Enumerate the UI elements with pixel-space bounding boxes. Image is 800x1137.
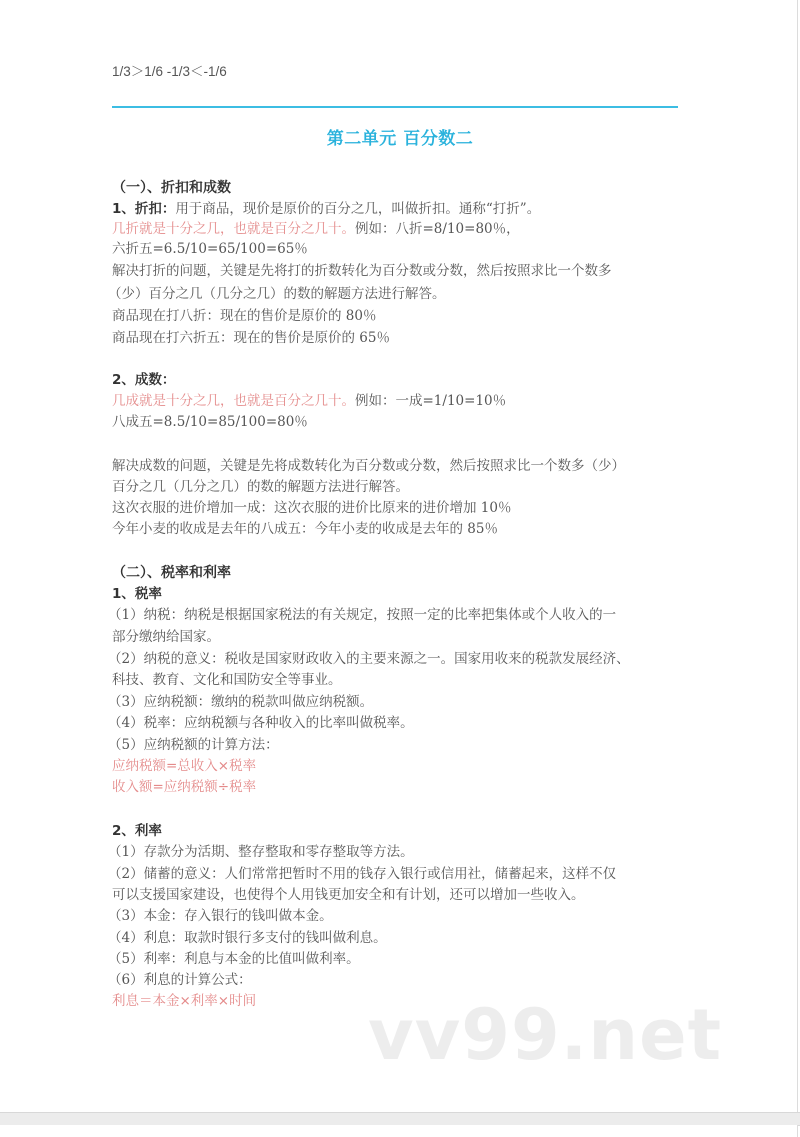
interest-item: （2）储蓄的意义：人们常常把暂时不用的钱存入银行或信用社，储蓄起来，这样不仅 (108, 864, 616, 884)
chengshu-label: 2、成数： (112, 370, 175, 390)
tax-label: 1、税率 (112, 584, 162, 604)
tax-item: （1）纳税：纳税是根据国家税法的有关规定，按照一定的比率把集体或个人收入的一 (108, 605, 616, 625)
discount-method-1: 解决打折的问题，关键是先将打的折数转化为百分数或分数，然后按照求比一个数多 (112, 261, 612, 281)
discount-definition: 1、折扣：用于商品，现价是原价的百分之几，叫做折扣。通称“打折”。 (112, 199, 540, 219)
tax-formula-2: 收入额=应纳税额÷税率 (112, 777, 256, 797)
discount-case-1: 商品现在打八折：现在的售价是原价的 80％ (112, 306, 376, 326)
chengshu-method-2: 百分之几（几分之几）的数的解题方法进行解答。 (112, 477, 409, 497)
fraction-comparison: 1/3＞1/6 -1/3＜-1/6 (112, 62, 227, 82)
tax-item: （2）纳税的意义：税收是国家财政收入的主要来源之一。国家用收来的税款发展经济、 (108, 649, 630, 669)
interest-item: （3）本金：存入银行的钱叫做本金。 (108, 906, 333, 926)
section1-heading: （一）、折扣和成数 (112, 178, 231, 198)
chengshu-case-1: 这次衣服的进价增加一成：这次衣服的进价比原来的进价增加 10％ (112, 498, 511, 518)
chengshu-example-a: 例如：一成=1/10=10％ (355, 393, 506, 409)
tax-formula-1: 应纳税额=总收入×税率 (112, 756, 256, 776)
discount-case-2: 商品现在打六折五：现在的售价是原价的 65％ (112, 328, 390, 348)
chengshu-rule: 几成就是十分之几，也就是百分之几十。例如：一成=1/10=10％ (112, 391, 506, 411)
tax-item: 科技、教育、文化和国防安全等事业。 (112, 670, 342, 690)
section2-heading: （二）、税率和利率 (112, 563, 231, 583)
interest-item: （4）利息：取款时银行多支付的钱叫做利息。 (108, 928, 387, 948)
tax-item: （5）应纳税额的计算方法： (108, 735, 279, 755)
discount-def-text: 用于商品，现价是原价的百分之几，叫做折扣。通称“打折”。 (175, 201, 540, 217)
watermark: vv99.net (368, 995, 722, 1075)
tax-item: （3）应纳税额：缴纳的税款叫做应纳税额。 (108, 692, 373, 712)
next-page (0, 1125, 798, 1137)
discount-example-a: 例如：八折=8/10=80％， (355, 221, 520, 237)
discount-method-2: （少）百分之几（几分之几）的数的解题方法进行解答。 (108, 284, 446, 304)
title-divider (112, 106, 678, 108)
interest-item: （5）利率：利息与本金的比值叫做利率。 (108, 949, 360, 969)
interest-item: （6）利息的计算公式： (108, 970, 252, 990)
interest-item: （1）存款分为活期、整存整取和零存整取等方法。 (108, 842, 414, 862)
tax-item: （4）税率：应纳税额与各种收入的比率叫做税率。 (108, 713, 414, 733)
unit-title: 第二单元 百分数二 (0, 124, 800, 149)
interest-formula: 利息＝本金×利率×时间 (112, 991, 256, 1011)
interest-item: 可以支援国家建设，也使得个人用钱更加安全和有计划，还可以增加一些收入。 (112, 885, 585, 905)
discount-rule: 几折就是十分之几，也就是百分之几十。例如：八折=8/10=80％， (112, 219, 520, 239)
document-page: 1/3＞1/6 -1/3＜-1/6 （一）、折扣和成数 1、折扣：用于商品，现价… (0, 0, 798, 1112)
discount-label: 1、折扣： (112, 201, 175, 217)
chengshu-method-1: 解决成数的问题，关键是先将成数转化为百分数或分数，然后按照求比一个数多（少） (112, 456, 625, 476)
discount-example-b: 六折五=6.5/10=65/100=65％ (112, 239, 308, 259)
discount-rule-highlight: 几折就是十分之几，也就是百分之几十。 (112, 221, 355, 237)
interest-label: 2、利率 (112, 821, 162, 841)
chengshu-rule-highlight: 几成就是十分之几，也就是百分之几十。 (112, 393, 355, 409)
page-separator (0, 1112, 800, 1126)
chengshu-case-2: 今年小麦的收成是去年的八成五：今年小麦的收成是去年的 85％ (112, 519, 498, 539)
chengshu-example-b: 八成五=8.5/10=85/100=80％ (112, 412, 308, 432)
tax-item: 部分缴纳给国家。 (112, 627, 220, 647)
